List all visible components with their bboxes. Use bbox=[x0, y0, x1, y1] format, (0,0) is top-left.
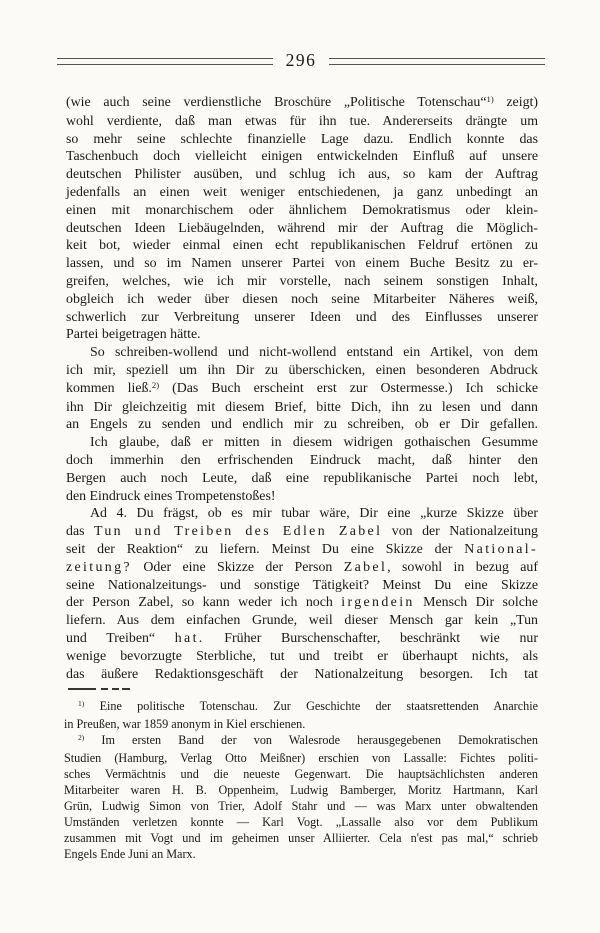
text-segment: Taschenbuch doch vielleicht einigen entw… bbox=[66, 149, 538, 164]
text-line: Grün, Ludwig Simon von Trier, Adolf Stah… bbox=[64, 798, 538, 814]
text-segment: National- bbox=[464, 542, 538, 557]
footnote: 2) Im ersten Band der von Walesrode hera… bbox=[64, 732, 538, 862]
text-segment: einen mit monarchischem oder ähnlichem D… bbox=[66, 203, 538, 218]
text-segment: und Treiben“ bbox=[66, 631, 175, 646]
text-segment: deutschen Philister ausüben, und schlug … bbox=[66, 167, 538, 182]
text-line: deutschen Philister ausüben, und schlug … bbox=[66, 166, 538, 184]
text-line: keit bot, wieder einmal einen echt repub… bbox=[66, 237, 538, 255]
footnote-marker: 2) bbox=[152, 380, 159, 390]
text-segment: in Preußen, war 1859 anonym in Kiel ersc… bbox=[64, 717, 305, 731]
text-segment: Umständen verletzen konnte — Karl Vogt. … bbox=[64, 815, 538, 829]
footnote-marker: 1) bbox=[78, 699, 84, 708]
text-line: Taschenbuch doch vielleicht einigen entw… bbox=[66, 148, 538, 166]
paragraph: (wie auch seine verdienstliche Broschüre… bbox=[66, 94, 538, 344]
text-line: ihn Dir gleichzeitig mit diesem Brief, b… bbox=[66, 399, 538, 417]
text-segment: , sowohl in bezug auf bbox=[387, 560, 538, 575]
text-line: den Eindruck eines Trompetenstoßes! bbox=[66, 488, 538, 506]
body-text: (wie auch seine verdienstliche Broschüre… bbox=[66, 94, 538, 683]
text-segment: wohl verdiente, daß man etwas für ihn tu… bbox=[66, 114, 538, 129]
text-line: schwerlich zur Verbreitung unserer Ideen… bbox=[66, 309, 538, 327]
text-line: Partei beigetragen hätte. bbox=[66, 326, 538, 344]
text-line: der Person Zabel, so kann weder ich noch… bbox=[66, 594, 538, 612]
text-line: (wie auch seine verdienstliche Broschüre… bbox=[66, 94, 538, 113]
text-segment: wenige bevorzugte Sterbliche, tut und tr… bbox=[66, 649, 538, 664]
text-line: Bergen auch noch Leute, daß eine republi… bbox=[66, 470, 538, 488]
book-page: 296 (wie auch seine verdienstliche Brosc… bbox=[0, 0, 600, 933]
text-segment: (wie auch seine verdienstliche Broschüre… bbox=[66, 95, 487, 110]
text-line: deutschen Ideen Liebäugelnden, während m… bbox=[66, 220, 538, 238]
text-segment: kommen ließ. bbox=[66, 381, 152, 396]
text-segment: Mitarbeiter waren H. B. Oppenheim, Ludwi… bbox=[64, 783, 538, 797]
text-line: So schreiben-wollend und nicht-wollend e… bbox=[66, 344, 538, 362]
footnote-separator bbox=[68, 688, 130, 690]
text-line: Ad 4. Du frägst, ob es mir tubar wäre, D… bbox=[66, 505, 538, 523]
text-segment: Grün, Ludwig Simon von Trier, Adolf Stah… bbox=[64, 799, 538, 813]
text-segment: jedenfalls an einen weit weniger entschi… bbox=[66, 185, 538, 200]
text-segment: zeigt) bbox=[494, 95, 538, 110]
text-line: greifen, welches, wie ich mir vorstelle,… bbox=[66, 273, 538, 291]
text-segment: Früher Burschenschafter, beschränkt wie … bbox=[205, 631, 538, 646]
text-segment: zeitung? bbox=[66, 560, 132, 575]
text-segment: das bbox=[66, 524, 94, 539]
text-segment: das äußere Redaktionsgeschäft der Nation… bbox=[66, 667, 538, 682]
text-line: das äußere Redaktionsgeschäft der Nation… bbox=[66, 666, 538, 684]
text-segment: lassen, und so im Namen unserer Partei v… bbox=[66, 256, 538, 271]
paragraph: So schreiben-wollend und nicht-wollend e… bbox=[66, 344, 538, 434]
text-line: obgleich ich weder über diesen noch sein… bbox=[66, 291, 538, 309]
text-line: Mitarbeiter waren H. B. Oppenheim, Ludwi… bbox=[64, 782, 538, 798]
text-segment: irgendein bbox=[341, 595, 414, 610]
footnote-marker: 1) bbox=[487, 94, 494, 104]
text-segment: keit bot, wieder einmal einen echt repub… bbox=[66, 238, 538, 253]
text-line: an Engels zu senden und endlich mir zu s… bbox=[66, 416, 538, 434]
text-segment: seine Nationalzeitungs- und sonstige Tät… bbox=[66, 578, 538, 593]
text-line: wohl verdiente, daß man etwas für ihn tu… bbox=[66, 113, 538, 131]
text-line: wenige bevorzugte Sterbliche, tut und tr… bbox=[66, 648, 538, 666]
text-segment: Bergen auch noch Leute, daß eine republi… bbox=[66, 471, 538, 486]
text-line: liefern. Aus dem einfachen Grunde, weil … bbox=[66, 612, 538, 630]
text-segment: den Eindruck eines Trompetenstoßes! bbox=[66, 489, 276, 504]
text-segment: schwerlich zur Verbreitung unserer Ideen… bbox=[66, 310, 538, 325]
text-segment: Tun und Treiben des Edlen Zabel bbox=[94, 524, 382, 539]
text-segment: doch immerhin den erfrischenden Eindruck… bbox=[66, 453, 538, 468]
text-line: das Tun und Treiben des Edlen Zabel von … bbox=[66, 523, 538, 541]
text-segment: (Das Buch erscheint erst zur Ostermesse.… bbox=[159, 381, 538, 396]
text-segment: ihn Dir gleichzeitig mit diesem Brief, b… bbox=[66, 400, 538, 415]
text-line: sches Vermächtnis und die neueste Gegenw… bbox=[64, 766, 538, 782]
text-line: 1) Eine politische Totenschau. Zur Gesch… bbox=[64, 698, 538, 716]
text-segment: obgleich ich weder über diesen noch sein… bbox=[66, 292, 538, 307]
text-segment: Oder eine Skizze der Person bbox=[132, 560, 344, 575]
text-line: 2) Im ersten Band der von Walesrode hera… bbox=[64, 732, 538, 750]
page-header: 296 bbox=[57, 52, 545, 72]
text-line: so mehr seine schlechte finanzielle Lage… bbox=[66, 131, 538, 149]
text-line: ich mir, speziell um ihn Dir zu überschi… bbox=[66, 362, 538, 380]
footnotes: 1) Eine politische Totenschau. Zur Gesch… bbox=[64, 698, 538, 862]
text-line: kommen ließ.2) (Das Buch erscheint erst … bbox=[66, 380, 538, 399]
text-line: Umständen verletzen konnte — Karl Vogt. … bbox=[64, 814, 538, 830]
text-line: Studien (Hamburg, Verlag Otto Meißner) e… bbox=[64, 750, 538, 766]
text-line: Ich glaube, daß er mitten in diesem widr… bbox=[66, 434, 538, 452]
header-rule-right bbox=[329, 58, 545, 65]
text-segment: der Person Zabel, so kann weder ich noch bbox=[66, 595, 341, 610]
text-line: zeitung? Oder eine Skizze der Person Zab… bbox=[66, 559, 538, 577]
text-line: und Treiben“ hat. Früher Burschenschafte… bbox=[66, 630, 538, 648]
text-line: zusammen mit Vogt und im geheimen unser … bbox=[64, 830, 538, 846]
text-segment: zusammen mit Vogt und im geheimen unser … bbox=[64, 831, 538, 845]
text-line: Engels Ende Juni an Marx. bbox=[64, 846, 538, 862]
footnote: 1) Eine politische Totenschau. Zur Gesch… bbox=[64, 698, 538, 732]
text-segment: Eine politische Totenschau. Zur Geschich… bbox=[84, 699, 538, 713]
footnote-marker: 2) bbox=[78, 733, 84, 742]
text-segment: Ich glaube, daß er mitten in diesem widr… bbox=[90, 435, 538, 450]
text-segment: Partei beigetragen hätte. bbox=[66, 327, 201, 342]
text-segment: sches Vermächtnis und die neueste Gegenw… bbox=[64, 767, 538, 781]
text-line: doch immerhin den erfrischenden Eindruck… bbox=[66, 452, 538, 470]
text-segment: Engels Ende Juni an Marx. bbox=[64, 847, 196, 861]
text-segment: deutschen Ideen Liebäugelnden, während m… bbox=[66, 221, 538, 236]
page-number: 296 bbox=[286, 52, 317, 72]
text-segment: Studien (Hamburg, Verlag Otto Meißner) e… bbox=[64, 751, 538, 765]
text-segment: liefern. Aus dem einfachen Grunde, weil … bbox=[66, 613, 538, 628]
text-segment: ich mir, speziell um ihn Dir zu überschi… bbox=[66, 363, 538, 378]
text-line: einen mit monarchischem oder ähnlichem D… bbox=[66, 202, 538, 220]
text-line: jedenfalls an einen weit weniger entschi… bbox=[66, 184, 538, 202]
header-rule-left bbox=[57, 58, 273, 65]
text-segment: Mensch Dir solche bbox=[415, 595, 538, 610]
text-segment: seit der Reaktion“ zu liefern. Meinst Du… bbox=[66, 542, 464, 557]
text-segment: Zabel bbox=[344, 560, 387, 575]
text-segment: so mehr seine schlechte finanzielle Lage… bbox=[66, 132, 538, 147]
text-segment: So schreiben-wollend und nicht-wollend e… bbox=[90, 345, 538, 360]
text-line: seine Nationalzeitungs- und sonstige Tät… bbox=[66, 577, 538, 595]
text-segment: hat. bbox=[175, 631, 205, 646]
text-segment: Ad 4. Du frägst, ob es mir tubar wäre, D… bbox=[90, 506, 538, 521]
text-segment: von der Nationalzeitung bbox=[382, 524, 538, 539]
text-line: in Preußen, war 1859 anonym in Kiel ersc… bbox=[64, 716, 538, 732]
paragraph: Ad 4. Du frägst, ob es mir tubar wäre, D… bbox=[66, 505, 538, 683]
paragraph: Ich glaube, daß er mitten in diesem widr… bbox=[66, 434, 538, 505]
text-line: lassen, und so im Namen unserer Partei v… bbox=[66, 255, 538, 273]
text-segment: greifen, welches, wie ich mir vorstelle,… bbox=[66, 274, 538, 289]
text-line: seit der Reaktion“ zu liefern. Meinst Du… bbox=[66, 541, 538, 559]
text-segment: an Engels zu senden und endlich mir zu s… bbox=[66, 417, 538, 432]
text-segment: Im ersten Band der von Walesrode herausg… bbox=[84, 733, 538, 747]
